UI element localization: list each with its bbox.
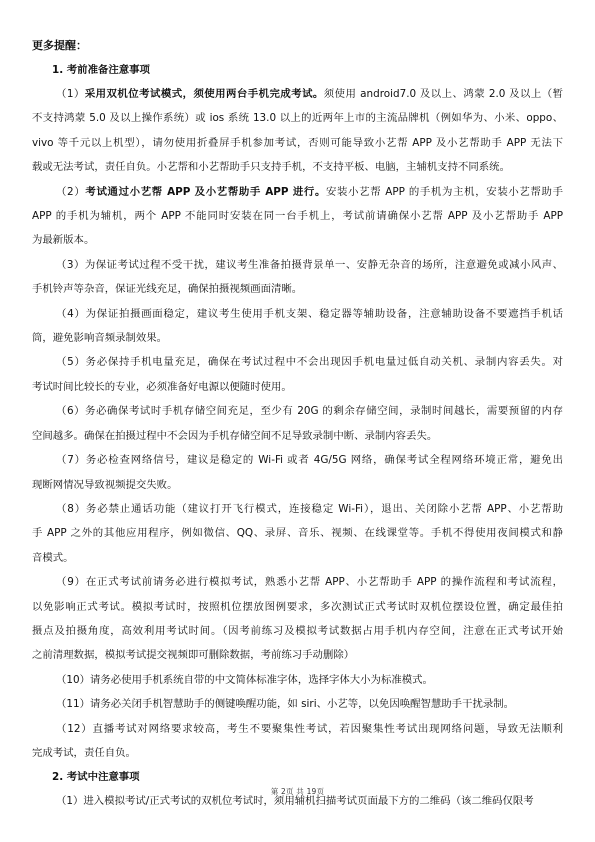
text-line: （7）务必检查网络信号，建议是稳定的 Wi-Fi 或者 4G/5G 网络，确保考… bbox=[32, 448, 563, 472]
line-text: vivo 等千元以上机型），请勿使用折叠屏手机参加考试，否则可能导致小艺帮 AP… bbox=[32, 137, 563, 149]
item-number: （4） bbox=[56, 308, 86, 320]
item-number: （1） bbox=[56, 88, 85, 100]
line-text: 请务必关闭手机智慧助手的侧键唤醒功能，如 siri、小艺等，以免因唤醒智慧助手干… bbox=[90, 698, 514, 710]
text-line: 为最新版本。 bbox=[32, 228, 563, 252]
line-text: 载或无法考试，责任自负。小艺帮和小艺帮助手只支持手机，不支持平板、电脑，主辅机支… bbox=[32, 161, 510, 173]
line-text: 务必检查网络信号，建议是稳定的 Wi-Fi 或者 4G/5G 网络，确保考试全程… bbox=[86, 454, 563, 466]
section-title: 更多提醒： bbox=[32, 34, 563, 58]
line-text: 手 APP 之外的其他应用程序，例如微信、QQ、录屏、音乐、视频、在线课堂等。手… bbox=[32, 527, 563, 539]
line-text: 为保证考试过程不受干扰，建议考生准备拍摄背景单一、安静无杂音的场所，注意避免或减… bbox=[85, 259, 563, 271]
line-text: 筒，避免影响音频录制效果。 bbox=[32, 332, 167, 344]
text-line: （9）在正式考试前请务必进行模拟考试，熟悉小艺帮 APP、小艺帮助手 APP 的… bbox=[32, 570, 563, 594]
line-text: 务必确保考试时手机存储空间充足，至少有 20G 的剩余存储空间，录制时间越长，需… bbox=[85, 405, 563, 417]
line-text: 音模式。 bbox=[32, 552, 74, 564]
list-item: （3）为保证考试过程不受干扰，建议考生准备拍摄背景单一、安静无杂音的场所，注意避… bbox=[32, 253, 563, 302]
item-number: （5） bbox=[56, 356, 86, 368]
line-text: 进入模拟考试/正式考试的双机位考试时，须用辅机扫描考试页面最下方的二维码（该二维… bbox=[83, 795, 533, 807]
exam-preparation-list: （1）采用双机位考试模式，须使用两台手机完成考试。须使用 android7.0 … bbox=[32, 82, 563, 765]
text-line: 手 APP 之外的其他应用程序，例如微信、QQ、录屏、音乐、视频、在线课堂等。手… bbox=[32, 521, 563, 545]
text-line: 空间越多。确保在拍摄过程中不会因为手机存储空间不足导致录制中断、录制内容丢失。 bbox=[32, 424, 563, 448]
text-line: （8）务必禁止通话功能（建议打开飞行模式，连接稳定 Wi-Fi），退出、关闭除小… bbox=[32, 497, 563, 521]
list-item: （11）请务必关闭手机智慧助手的侧键唤醒功能，如 siri、小艺等，以免因唤醒智… bbox=[32, 692, 563, 716]
text-line: （3）为保证考试过程不受干扰，建议考生准备拍摄背景单一、安静无杂音的场所，注意避… bbox=[32, 253, 563, 277]
text-line: （6）务必确保考试时手机存储空间充足，至少有 20G 的剩余存储空间，录制时间越… bbox=[32, 399, 563, 423]
text-line: 音模式。 bbox=[32, 546, 563, 570]
text-line: （11）请务必关闭手机智慧助手的侧键唤醒功能，如 siri、小艺等，以免因唤醒智… bbox=[32, 692, 563, 716]
line-text: 直播考试对网络要求较高，考生不要聚集性考试，若因聚集性考试出现网络问题，导致无法… bbox=[93, 723, 564, 735]
line-text: 为保证拍摄画面稳定，建议考生使用手机支架、稳定器等辅助设备，注意辅助设备不要遮挡… bbox=[86, 308, 563, 320]
list-item: （6）务必确保考试时手机存储空间充足，至少有 20G 的剩余存储空间，录制时间越… bbox=[32, 399, 563, 448]
text-line: 不支持鸿蒙 5.0 及以上操作系统）或 ios 系统 13.0 以上的近两年上市… bbox=[32, 106, 563, 130]
text-line: 完成考试，责任自负。 bbox=[32, 741, 563, 765]
item-emphasis: 采用双机位考试模式，须使用两台手机完成考试。 bbox=[85, 88, 324, 100]
line-text: 空间越多。确保在拍摄过程中不会因为手机存储空间不足导致录制中断、录制内容丢失。 bbox=[32, 430, 437, 442]
heading-exam-preparation: 1. 考前准备注意事项 bbox=[32, 58, 563, 82]
text-line: （10）请务必使用手机系统自带的中文简体标准字体，选择字体大小为标准模式。 bbox=[32, 668, 563, 692]
line-text: 务必保持手机电量充足，确保在考试过程中不会出现因手机电量过低自动关机、录制内容丢… bbox=[86, 356, 563, 368]
item-number: （10） bbox=[56, 674, 90, 686]
line-text: 务必禁止通话功能（建议打开飞行模式，连接稳定 Wi-Fi），退出、关闭除小艺帮 … bbox=[86, 503, 563, 515]
line-text: 不支持鸿蒙 5.0 及以上操作系统）或 ios 系统 13.0 以上的近两年上市… bbox=[32, 112, 563, 124]
line-text: 须使用 android7.0 及以上、鸿蒙 2.0 及以上（暂 bbox=[324, 88, 563, 100]
text-line: （5）务必保持手机电量充足，确保在考试过程中不会出现因手机电量过低自动关机、录制… bbox=[32, 350, 563, 374]
line-text: 摄点及拍摄角度，高效利用考试时间。（因考前练习及模拟考试数据占用手机内存空间，注… bbox=[32, 625, 563, 637]
item-number: （3） bbox=[56, 259, 85, 271]
list-item: （8）务必禁止通话功能（建议打开飞行模式，连接稳定 Wi-Fi），退出、关闭除小… bbox=[32, 497, 563, 570]
item-number: （12） bbox=[56, 723, 93, 735]
list-item: （1）采用双机位考试模式，须使用两台手机完成考试。须使用 android7.0 … bbox=[32, 82, 563, 180]
line-text: 安装小艺帮 APP 的手机为主机，安装小艺帮助手 bbox=[326, 186, 563, 198]
list-item: （12）直播考试对网络要求较高，考生不要聚集性考试，若因聚集性考试出现网络问题，… bbox=[32, 717, 563, 766]
item-number: （6） bbox=[56, 405, 85, 417]
text-line: 摄点及拍摄角度，高效利用考试时间。（因考前练习及模拟考试数据占用手机内存空间，注… bbox=[32, 619, 563, 643]
line-text: 考试时间比较长的专业，必须准备好电源以便随时使用。 bbox=[32, 381, 292, 393]
item-number: （8） bbox=[56, 503, 86, 515]
text-line: 筒，避免影响音频录制效果。 bbox=[32, 326, 563, 350]
item-number: （9） bbox=[56, 576, 86, 588]
line-text: 以免影响正式考试。模拟考试时，按照机位摆放图例要求，多次测试正式考试时双机位摆设… bbox=[32, 601, 563, 613]
item-emphasis: 考试通过小艺帮 APP 及小艺帮助手 APP 进行。 bbox=[85, 186, 326, 198]
line-text: 现断网情况导致视频提交失败。 bbox=[32, 479, 177, 491]
list-item: （7）务必检查网络信号，建议是稳定的 Wi-Fi 或者 4G/5G 网络，确保考… bbox=[32, 448, 563, 497]
line-text: APP 的手机为辅机，两个 APP 不能同时安装在同一台手机上，考试前请确保小艺… bbox=[32, 210, 563, 222]
text-line: （2）考试通过小艺帮 APP 及小艺帮助手 APP 进行。安装小艺帮 APP 的… bbox=[32, 180, 563, 204]
list-item: （5）务必保持手机电量充足，确保在考试过程中不会出现因手机电量过低自动关机、录制… bbox=[32, 350, 563, 399]
text-line: 之前清理数据，模拟考试提交视频即可删除数据，考前练习手动删除） bbox=[32, 643, 563, 667]
line-text: 手机铃声等杂音，保证光线充足，确保拍摄视频画面清晰。 bbox=[32, 283, 302, 295]
list-item: （4）为保证拍摄画面稳定，建议考生使用手机支架、稳定器等辅助设备，注意辅助设备不… bbox=[32, 302, 563, 351]
text-line: （1）采用双机位考试模式，须使用两台手机完成考试。须使用 android7.0 … bbox=[32, 82, 563, 106]
list-item: （9）在正式考试前请务必进行模拟考试，熟悉小艺帮 APP、小艺帮助手 APP 的… bbox=[32, 570, 563, 668]
document-page: 更多提醒： 1. 考前准备注意事项 （1）采用双机位考试模式，须使用两台手机完成… bbox=[0, 0, 595, 842]
item-number: （1） bbox=[56, 795, 83, 807]
line-text: 在正式考试前请务必进行模拟考试，熟悉小艺帮 APP、小艺帮助手 APP 的操作流… bbox=[86, 576, 563, 588]
text-line: （12）直播考试对网络要求较高，考生不要聚集性考试，若因聚集性考试出现网络问题，… bbox=[32, 717, 563, 741]
text-line: 手机铃声等杂音，保证光线充足，确保拍摄视频画面清晰。 bbox=[32, 277, 563, 301]
item-number: （7） bbox=[56, 454, 86, 466]
item-number: （2） bbox=[56, 186, 85, 198]
list-item: （10）请务必使用手机系统自带的中文简体标准字体，选择字体大小为标准模式。 bbox=[32, 668, 563, 692]
item-number: （11） bbox=[56, 698, 90, 710]
line-text: 为最新版本。 bbox=[32, 234, 94, 246]
line-text: 完成考试，责任自负。 bbox=[32, 747, 136, 759]
text-line: 现断网情况导致视频提交失败。 bbox=[32, 473, 563, 497]
text-line: 载或无法考试，责任自负。小艺帮和小艺帮助手只支持手机，不支持平板、电脑，主辅机支… bbox=[32, 155, 563, 179]
text-line: vivo 等千元以上机型），请勿使用折叠屏手机参加考试，否则可能导致小艺帮 AP… bbox=[32, 131, 563, 155]
list-item: （2）考试通过小艺帮 APP 及小艺帮助手 APP 进行。安装小艺帮 APP 的… bbox=[32, 180, 563, 253]
page-number-footer: 第 2页 共 19页 bbox=[0, 786, 595, 797]
text-line: （4）为保证拍摄画面稳定，建议考生使用手机支架、稳定器等辅助设备，注意辅助设备不… bbox=[32, 302, 563, 326]
text-line: 考试时间比较长的专业，必须准备好电源以便随时使用。 bbox=[32, 375, 563, 399]
document-body: 更多提醒： 1. 考前准备注意事项 （1）采用双机位考试模式，须使用两台手机完成… bbox=[32, 34, 563, 814]
text-line: APP 的手机为辅机，两个 APP 不能同时安装在同一台手机上，考试前请确保小艺… bbox=[32, 204, 563, 228]
line-text: 之前清理数据，模拟考试提交视频即可删除数据，考前练习手动删除） bbox=[32, 649, 354, 661]
line-text: 请务必使用手机系统自带的中文简体标准字体，选择字体大小为标准模式。 bbox=[90, 674, 433, 686]
text-line: 以免影响正式考试。模拟考试时，按照机位摆放图例要求，多次测试正式考试时双机位摆设… bbox=[32, 595, 563, 619]
